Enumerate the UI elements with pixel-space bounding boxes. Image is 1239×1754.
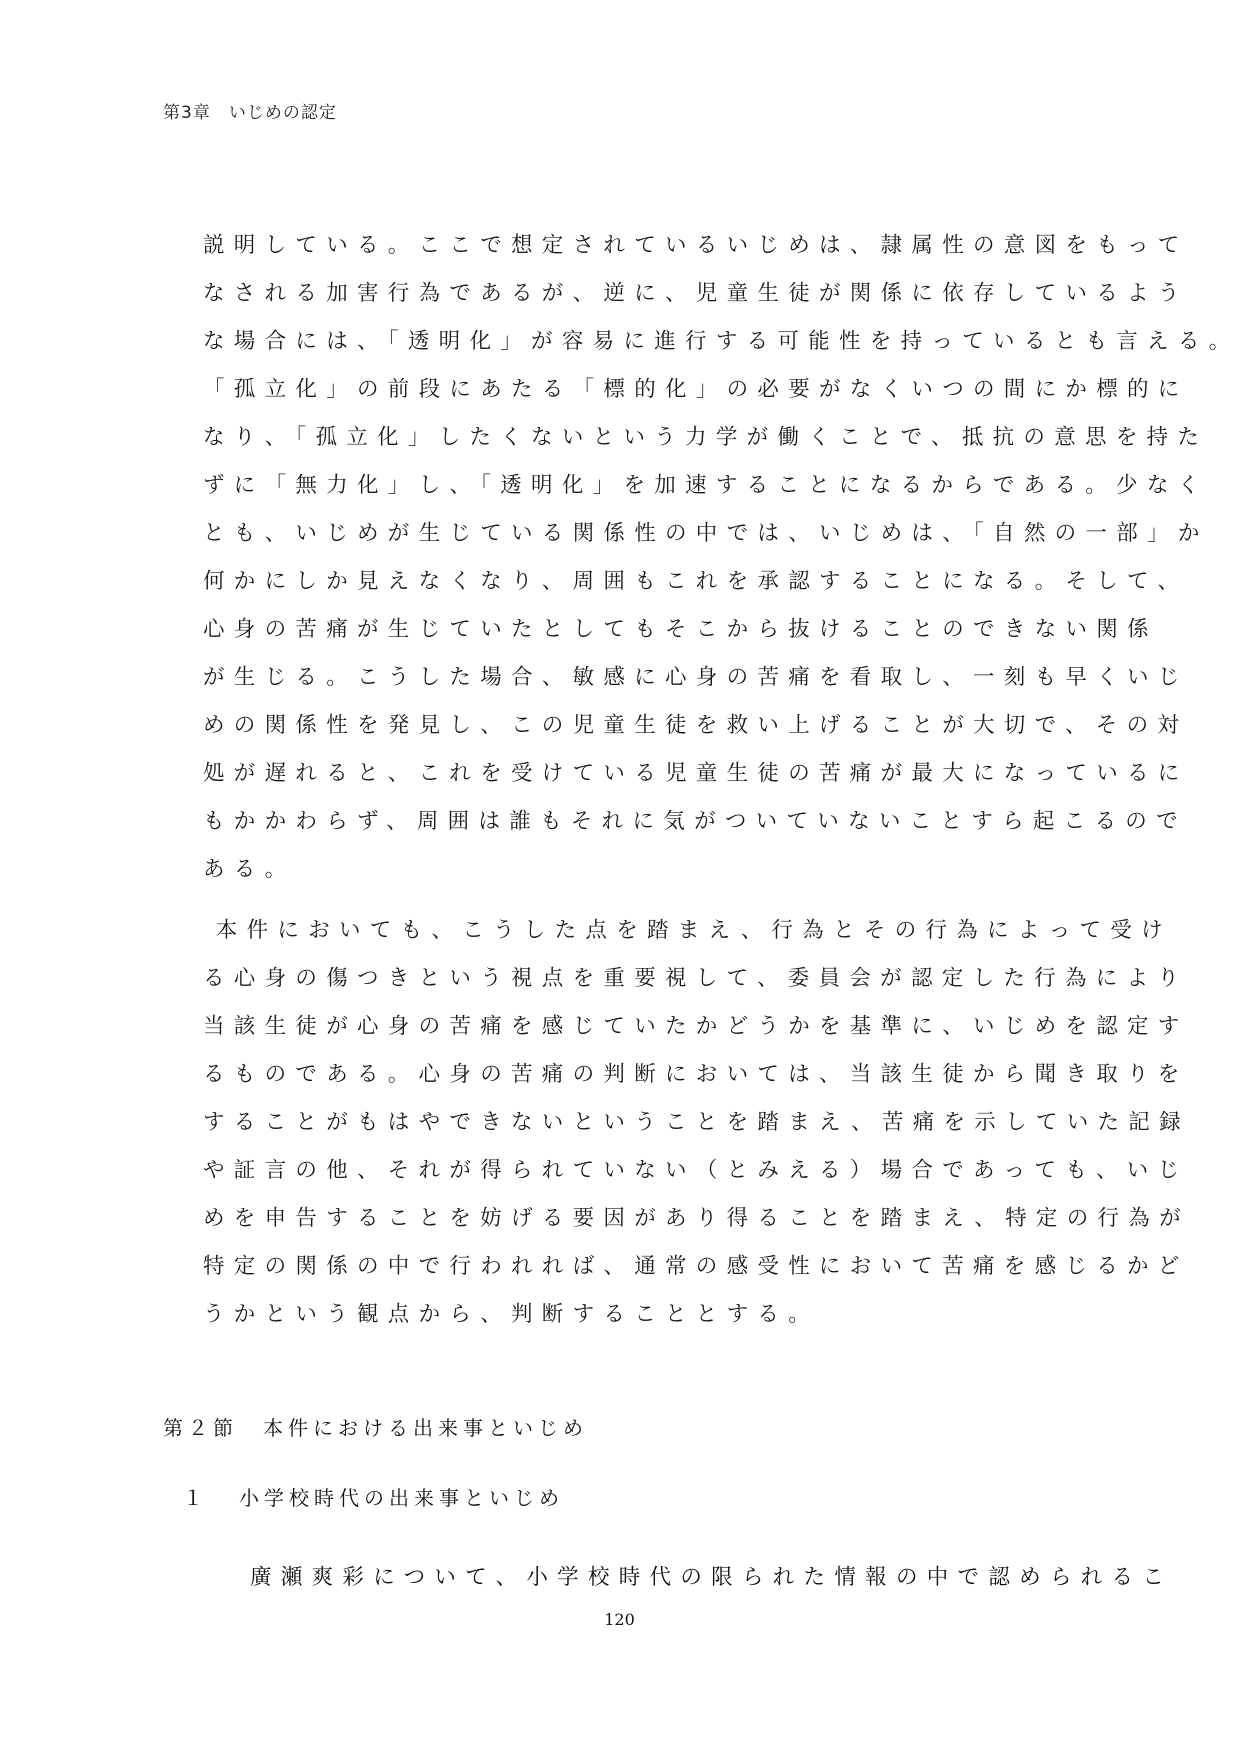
subsection-number: １: [183, 1482, 239, 1511]
paragraph-1: 説明している。ここで想定されているいじめは、隷属性の意図をもって なされる加害行…: [203, 222, 1063, 894]
text-line: ある。: [203, 846, 1063, 894]
text-line: もかかわらず、周囲は誰もそれに気がついていないことすら起こるので: [203, 798, 1063, 846]
subsection-heading: １小学校時代の出来事といじめ: [183, 1482, 564, 1511]
text-line: なされる加害行為であるが、逆に、児童生徒が関係に依存しているよう: [203, 270, 1063, 318]
text-line: 何かにしか見えなくなり、周囲もこれを承認することになる。そして、: [203, 558, 1063, 606]
text-line: るものである。心身の苦痛の判断においては、当該生徒から聞き取りを: [185, 1051, 1065, 1099]
text-line: 心身の苦痛が生じていたとしてもそこから抜けることのできない関係: [203, 606, 1063, 654]
paragraph-3: 廣瀬爽彩について、小学校時代の限られた情報の中で認められるこ: [250, 1554, 1173, 1602]
text-line: うかという観点から、判断することとする。: [185, 1291, 1065, 1339]
text-line: や証言の他、それが得られていない（とみえる）場合であっても、いじ: [185, 1147, 1065, 1195]
text-line: めの関係性を発見し、この児童生徒を救い上げることが大切で、その対: [203, 702, 1063, 750]
subsection-title: 小学校時代の出来事といじめ: [239, 1486, 564, 1510]
text-line: なり、「孤立化」したくないという力学が働くことで、抵抗の意思を持た: [203, 414, 1063, 462]
page-number: 120: [0, 1610, 1239, 1629]
text-line: ずに「無力化」し、「透明化」を加速することになるからである。少なく: [203, 462, 1063, 510]
text-line: 本件においても、こうした点を踏まえ、行為とその行為によって受け: [185, 907, 1065, 955]
text-line: る心身の傷つきという視点を重要視して、委員会が認定した行為により: [185, 955, 1065, 1003]
text-line: することがもはやできないということを踏まえ、苦痛を示していた記録: [185, 1099, 1065, 1147]
text-line: 「孤立化」の前段にあたる「標的化」の必要がなくいつの間にか標的に: [203, 366, 1063, 414]
text-line: とも、いじめが生じている関係性の中では、いじめは、「自然の一部」か: [203, 510, 1063, 558]
text-line: な場合には、「透明化」が容易に進行する可能性を持っているとも言える。: [203, 318, 1063, 366]
text-line: 特定の関係の中で行われれば、通常の感受性において苦痛を感じるかど: [185, 1243, 1065, 1291]
chapter-header: 第3章 いじめの認定: [163, 98, 337, 123]
text-line: めを申告することを妨げる要因があり得ることを踏まえ、特定の行為が: [185, 1195, 1065, 1243]
text-line: 処が遅れると、これを受けている児童生徒の苦痛が最大になっているに: [203, 750, 1063, 798]
text-line: が生じる。こうした場合、敏感に心身の苦痛を看取し、一刻も早くいじ: [203, 654, 1063, 702]
text-line: 説明している。ここで想定されているいじめは、隷属性の意図をもって: [203, 222, 1063, 270]
section-heading: 第２節 本件における出来事といじめ: [163, 1412, 588, 1441]
text-line: 当該生徒が心身の苦痛を感じていたかどうかを基準に、いじめを認定す: [185, 1003, 1065, 1051]
paragraph-2: 本件においても、こうした点を踏まえ、行為とその行為によって受け る心身の傷つきと…: [185, 907, 1065, 1339]
